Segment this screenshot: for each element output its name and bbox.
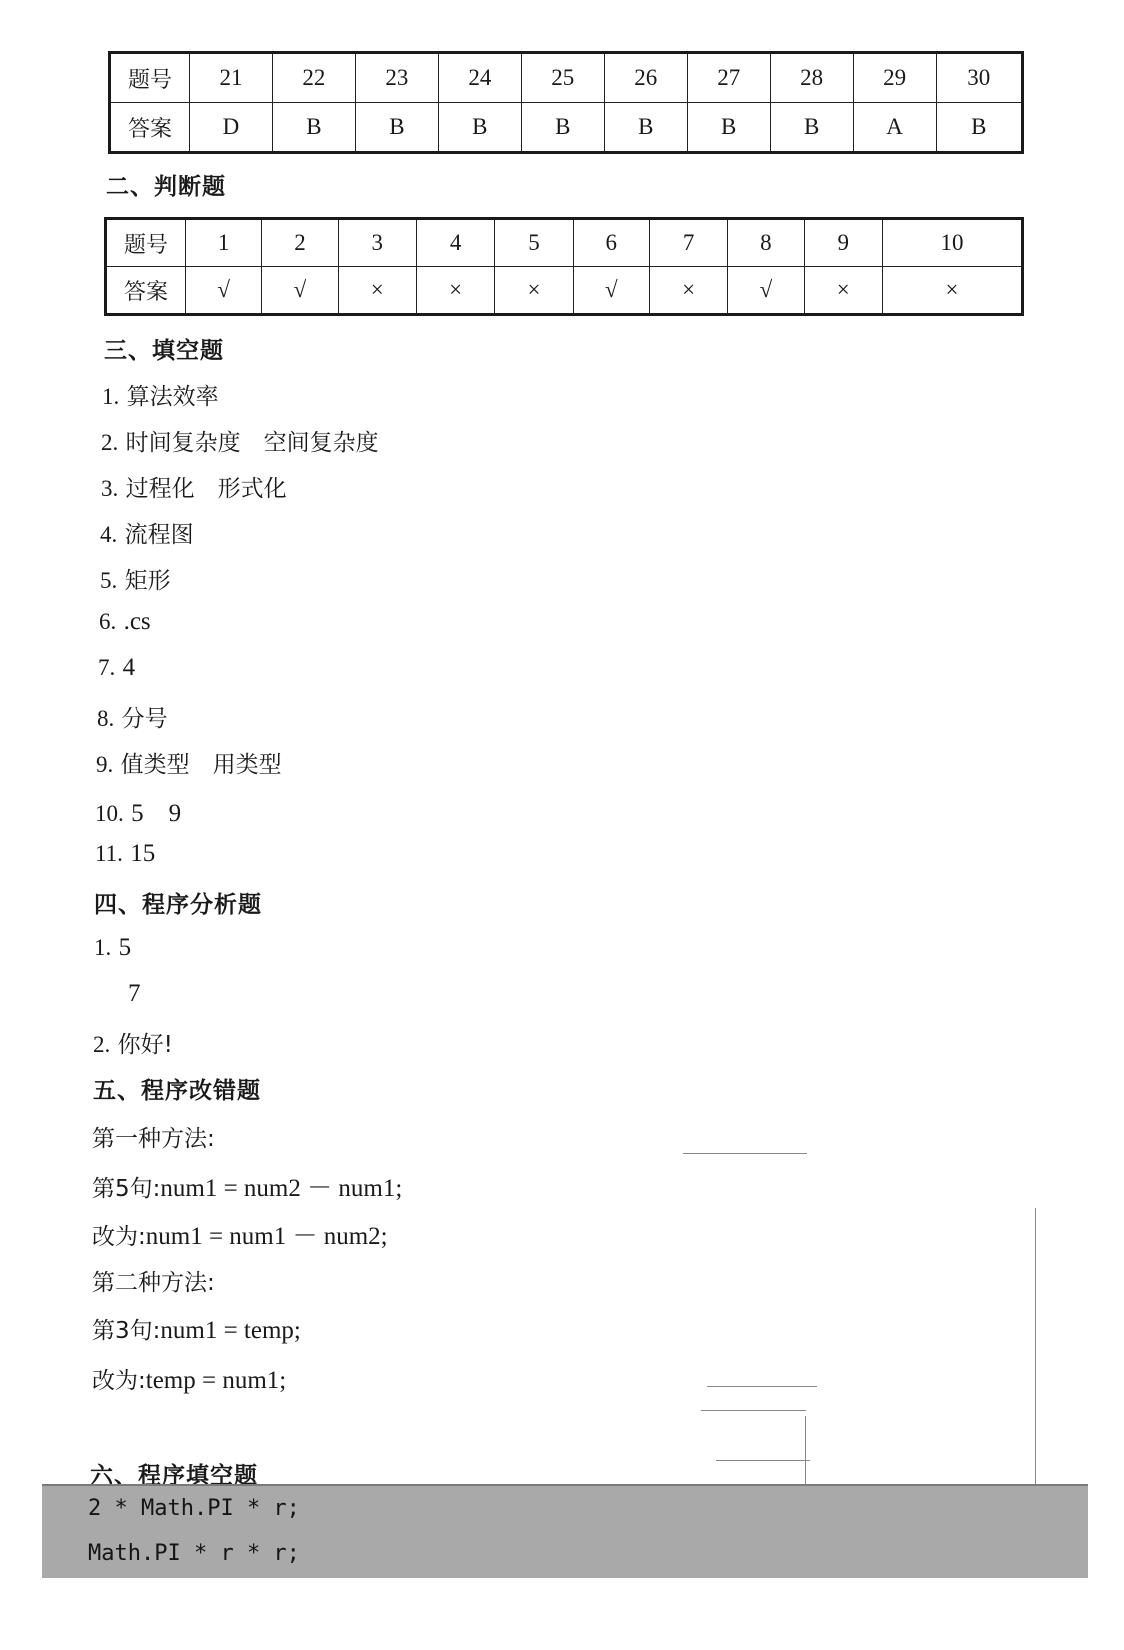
answer-item: 2. 时间复杂度 空间复杂度 [101, 424, 379, 457]
scan-artifact-line [1035, 1208, 1036, 1484]
item-text: 4 [123, 654, 136, 681]
table-cell: 8 [728, 219, 804, 267]
item-text: 流程图 [125, 522, 194, 548]
row-header-answer: 答案 [106, 267, 186, 315]
table-cell: 1 [186, 219, 262, 267]
section-title-program-analysis: 四、程序分析题 [94, 886, 262, 919]
code-text: num1 = num2 － num1; [160, 1175, 402, 1202]
line-label: 第3句: [92, 1318, 160, 1344]
table-cell: √ [728, 267, 804, 315]
scan-artifact-line [805, 1416, 806, 1486]
item-number: 11. [95, 841, 123, 866]
code-text: num1 = temp; [160, 1317, 300, 1344]
answer-item: 3. 过程化 形式化 [101, 470, 287, 503]
method-1-fix-line: 改为:num1 = num1 － num2; [92, 1216, 388, 1252]
table-cell: × [495, 267, 573, 315]
scan-artifact-line [683, 1153, 807, 1154]
multiple-choice-answer-table: 题号 21 22 23 24 25 26 27 28 29 30 答案 D B … [108, 51, 1024, 154]
section-title-error-correction: 五、程序改错题 [93, 1072, 261, 1105]
item-text: 矩形 [125, 568, 171, 594]
item-number: 2. [93, 1032, 110, 1057]
table-cell: 7 [649, 219, 727, 267]
table-cell: 26 [604, 53, 687, 103]
line-label: 第5句: [92, 1176, 160, 1202]
table-cell: √ [186, 267, 262, 315]
table-cell: × [338, 267, 416, 315]
answer-item: 2. 你好! [93, 1026, 173, 1059]
row-header-question-number: 题号 [110, 53, 190, 103]
section-title-fill-blank: 三、填空题 [104, 332, 224, 365]
table-cell: B [438, 103, 521, 153]
method-2-fix-line: 改为:temp = num1; [92, 1362, 286, 1395]
scan-artifact-line [716, 1460, 810, 1461]
fix-label: 改为: [92, 1224, 146, 1250]
table-cell: 2 [262, 219, 338, 267]
answer-item: 1. 5 [94, 934, 131, 962]
item-text: 5 [119, 934, 132, 961]
item-number: 1. [94, 935, 111, 960]
table-cell: D [190, 103, 273, 153]
code-line: 2 * Math.PI * r; [88, 1496, 300, 1521]
table-cell: 5 [495, 219, 573, 267]
table-cell: 25 [521, 53, 604, 103]
item-text: 过程化 形式化 [126, 476, 287, 502]
table-cell: 28 [770, 53, 853, 103]
method-1-label: 第一种方法: [92, 1120, 215, 1153]
table-cell: 30 [936, 53, 1022, 103]
item-text: 时间复杂度 空间复杂度 [126, 430, 379, 456]
answer-item: 7. 4 [98, 654, 135, 682]
answer-item: 9. 值类型 用类型 [96, 746, 282, 779]
table-cell: B [687, 103, 770, 153]
item-number: 4. [100, 522, 117, 547]
table-row-question-numbers: 题号 21 22 23 24 25 26 27 28 29 30 [110, 53, 1023, 103]
item-number: 3. [101, 476, 118, 501]
item-number: 5. [100, 568, 117, 593]
table-cell: 3 [338, 219, 416, 267]
answer-item: 10. 5 9 [95, 793, 181, 829]
item-text: 值类型 用类型 [121, 752, 282, 778]
code-block: 2 * Math.PI * r; Math.PI * r * r; [42, 1484, 1088, 1578]
table-cell: × [882, 267, 1022, 315]
item-text: 算法效率 [127, 384, 219, 410]
answer-item: 6. .cs [99, 608, 151, 636]
item-text: 5 9 [131, 800, 181, 827]
table-cell: × [416, 267, 494, 315]
item-number: 7. [98, 655, 115, 680]
table-row-answers: 答案 D B B B B B B B A B [110, 103, 1023, 153]
fix-label: 改为: [92, 1368, 146, 1394]
table-cell: × [804, 267, 882, 315]
table-cell: B [272, 103, 355, 153]
item-number: 2. [101, 430, 118, 455]
item-number: 9. [96, 752, 113, 777]
table-cell: B [936, 103, 1022, 153]
item-text: 7 [128, 980, 141, 1007]
scan-artifact-line [701, 1410, 806, 1411]
item-number: 6. [99, 609, 116, 634]
table-cell: B [521, 103, 604, 153]
table-cell: √ [573, 267, 649, 315]
item-text: .cs [124, 608, 151, 635]
table-cell: B [604, 103, 687, 153]
method-2-error-line: 第3句:num1 = temp; [92, 1312, 301, 1345]
table-row-question-numbers: 题号 1 2 3 4 5 6 7 8 9 10 [106, 219, 1023, 267]
row-header-question-number: 题号 [106, 219, 186, 267]
code-text: num1 = num1 － num2; [146, 1223, 388, 1250]
method-2-label: 第二种方法: [92, 1264, 215, 1297]
code-line: Math.PI * r * r; [88, 1541, 300, 1566]
row-header-answer: 答案 [110, 103, 190, 153]
table-cell: 29 [853, 53, 936, 103]
method-1-error-line: 第5句:num1 = num2 － num1; [92, 1168, 402, 1204]
table-cell: B [770, 103, 853, 153]
code-text: temp = num1; [146, 1367, 286, 1394]
answer-item: 1. 算法效率 [102, 378, 219, 411]
item-number: 8. [97, 706, 114, 731]
table-cell: 24 [438, 53, 521, 103]
item-text: 你好! [118, 1032, 173, 1058]
table-cell: 23 [355, 53, 438, 103]
scan-artifact-line [707, 1386, 817, 1387]
table-cell: B [355, 103, 438, 153]
item-number: 10. [95, 801, 124, 826]
table-row-answers: 答案 √ √ × × × √ × √ × × [106, 267, 1023, 315]
table-cell: 27 [687, 53, 770, 103]
table-cell: √ [262, 267, 338, 315]
table-cell: × [649, 267, 727, 315]
answer-item: 8. 分号 [97, 700, 168, 733]
table-cell: 22 [272, 53, 355, 103]
table-cell: 10 [882, 219, 1022, 267]
item-text: 15 [130, 840, 155, 867]
answer-item: 7 [128, 980, 141, 1008]
table-cell: 9 [804, 219, 882, 267]
answer-item: 11. 15 [95, 840, 155, 868]
table-cell: 6 [573, 219, 649, 267]
item-number: 1. [102, 384, 119, 409]
answer-item: 5. 矩形 [100, 562, 171, 595]
true-false-answer-table: 题号 1 2 3 4 5 6 7 8 9 10 答案 √ √ × × × √ ×… [104, 217, 1024, 316]
answer-item: 4. 流程图 [100, 516, 194, 549]
table-cell: 21 [190, 53, 273, 103]
item-text: 分号 [122, 706, 168, 732]
section-title-true-false: 二、判断题 [106, 168, 226, 201]
table-cell: 4 [416, 219, 494, 267]
table-cell: A [853, 103, 936, 153]
